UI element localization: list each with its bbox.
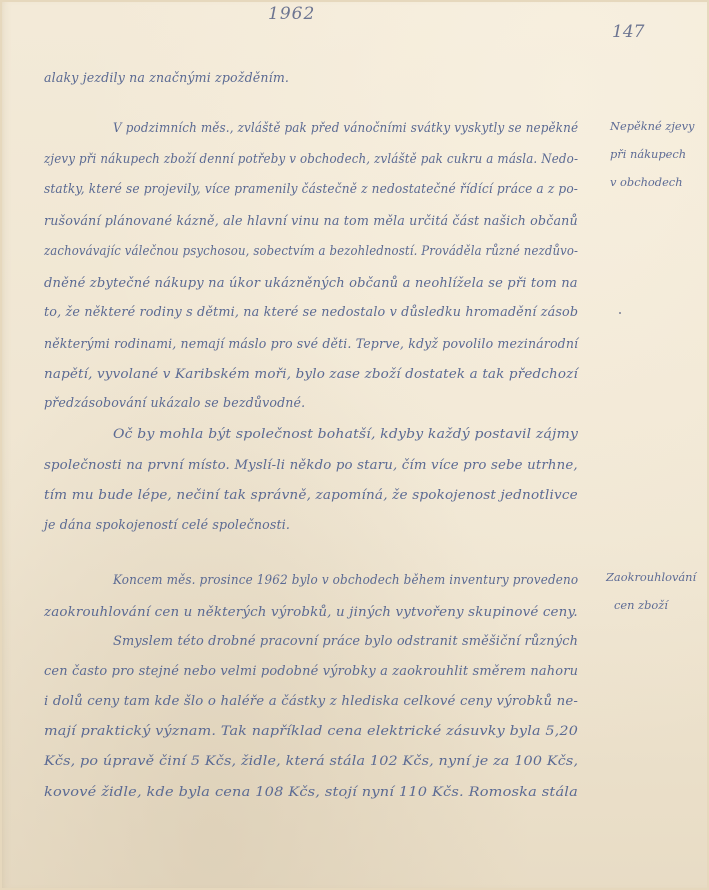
ink-speck bbox=[619, 312, 621, 314]
margin-note-line: Nepěkné zjevy bbox=[610, 121, 694, 132]
margin-note-line: cen zboží bbox=[614, 600, 668, 611]
text-line: kovové židle, kde byla cena 108 Kčs, sto… bbox=[44, 786, 578, 799]
text-line: je dána spokojeností celé společnosti. bbox=[44, 519, 290, 532]
text-line: tím mu bude lépe, nečiní tak správně, za… bbox=[44, 489, 578, 502]
text-line: zaokrouhlování cen u některých výrobků, … bbox=[44, 606, 578, 619]
text-line: cen často pro stejné nebo velmi podobné … bbox=[44, 665, 578, 678]
year-heading: 1962 bbox=[268, 4, 315, 24]
text-line: Oč by mohla být společnost bohatší, kdyb… bbox=[113, 428, 578, 441]
margin-note-line: Zaokrouhlování bbox=[606, 572, 696, 583]
text-line: V podzimních měs., zvláště pak před váno… bbox=[113, 122, 578, 135]
text-line: statky, které se projevily, více prameni… bbox=[44, 183, 578, 196]
text-line: předzásobování ukázalo se bezdůvodné. bbox=[44, 397, 305, 410]
text-line: rušování plánované kázně, ale hlavní vin… bbox=[44, 215, 578, 228]
text-line: zjevy při nákupech zboží denní potřeby v… bbox=[44, 153, 578, 166]
text-line: mají praktický význam. Tak například cen… bbox=[44, 725, 578, 738]
text-line: Koncem měs. prosince 1962 bylo v obchode… bbox=[113, 574, 578, 587]
text-line: to, že některé rodiny s dětmi, na které … bbox=[44, 306, 578, 319]
margin-note-line: při nákupech bbox=[610, 149, 686, 160]
text-line: dněné zbytečné nákupy na úkor ukázněných… bbox=[44, 277, 578, 290]
text-line: napětí, vyvolané v Karibském moři, bylo … bbox=[44, 368, 578, 381]
manuscript-page: 1962 147 alaky jezdily na značnými zpožd… bbox=[0, 0, 709, 890]
margin-note-line: v obchodech bbox=[610, 177, 683, 188]
text-line: společnosti na první místo. Myslí-li něk… bbox=[44, 459, 578, 472]
text-line: alaky jezdily na značnými zpožděním. bbox=[44, 72, 289, 85]
text-line: Kčs, po úpravě činí 5 Kčs, židle, která … bbox=[44, 755, 578, 768]
text-line: zachovávajíc válečnou psychosou, sobectv… bbox=[44, 245, 578, 258]
page-number: 147 bbox=[612, 22, 644, 42]
text-line: i dolů ceny tam kde šlo o haléře a částk… bbox=[44, 695, 578, 708]
text-line: některými rodinami, nemají máslo pro své… bbox=[44, 338, 578, 351]
text-line: Smyslem této drobné pracovní práce bylo … bbox=[113, 635, 578, 648]
